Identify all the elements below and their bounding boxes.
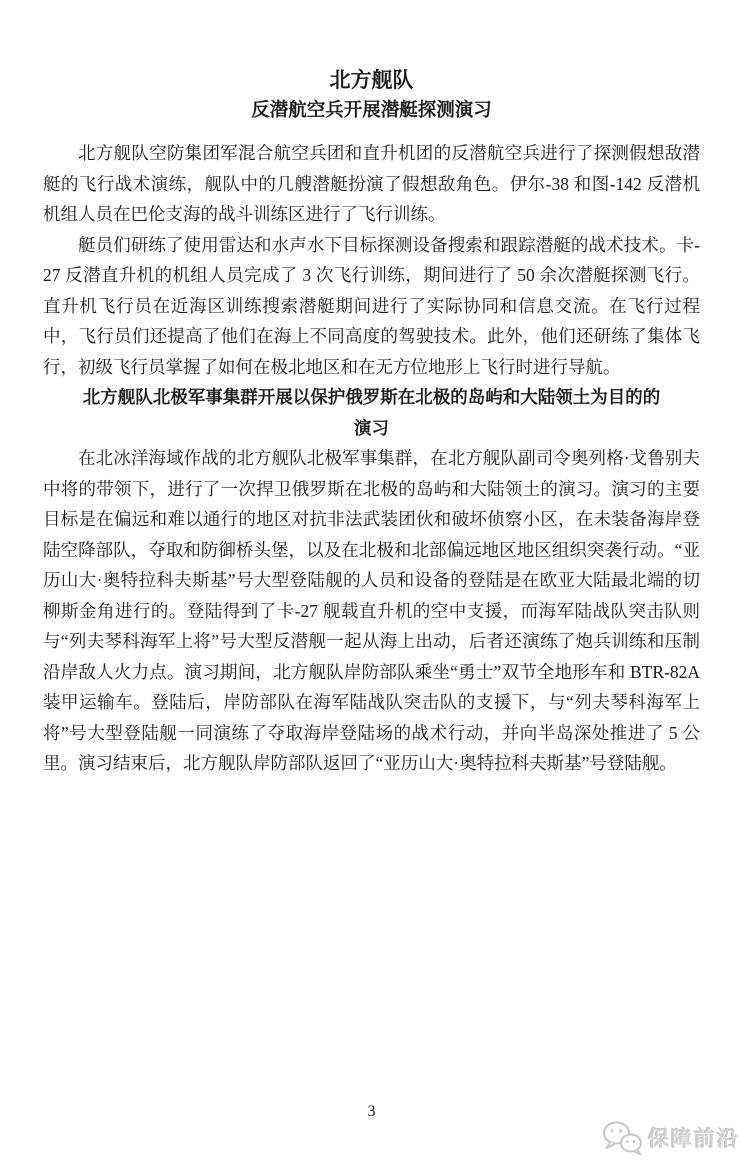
watermark: 保障前沿 [601, 1120, 740, 1156]
page-number: 3 [0, 1103, 743, 1121]
wechat-icon [601, 1120, 643, 1156]
section-1-heading: 反潜航空兵开展潜艇探测演习 [43, 96, 700, 126]
section-2-paragraph-1: 在北冰洋海域作战的北方舰队北极军事集群，在北方舰队副司令奥列格·戈鲁别夫中将的带… [43, 443, 700, 779]
watermark-label: 保障前沿 [648, 1123, 740, 1153]
section-1-paragraph-2: 艇员们研练了使用雷达和水声水下目标探测设备搜索和跟踪潜艇的战术技术。卡-27 反… [43, 230, 700, 383]
document-page: 北方舰队 反潜航空兵开展潜艇探测演习 北方舰队空防集团军混合航空兵团和直升机团的… [0, 0, 743, 1166]
section-2-heading: 北方舰队北极军事集群开展以保护俄罗斯在北极的岛屿和大陆领土为目的的演习 [82, 382, 662, 443]
document-title: 北方舰队 [43, 64, 700, 96]
section-1-paragraph-1: 北方舰队空防集团军混合航空兵团和直升机团的反潜航空兵进行了探测假想敌潜艇的飞行战… [43, 138, 700, 230]
document-content: 北方舰队 反潜航空兵开展潜艇探测演习 北方舰队空防集团军混合航空兵团和直升机团的… [0, 0, 743, 779]
